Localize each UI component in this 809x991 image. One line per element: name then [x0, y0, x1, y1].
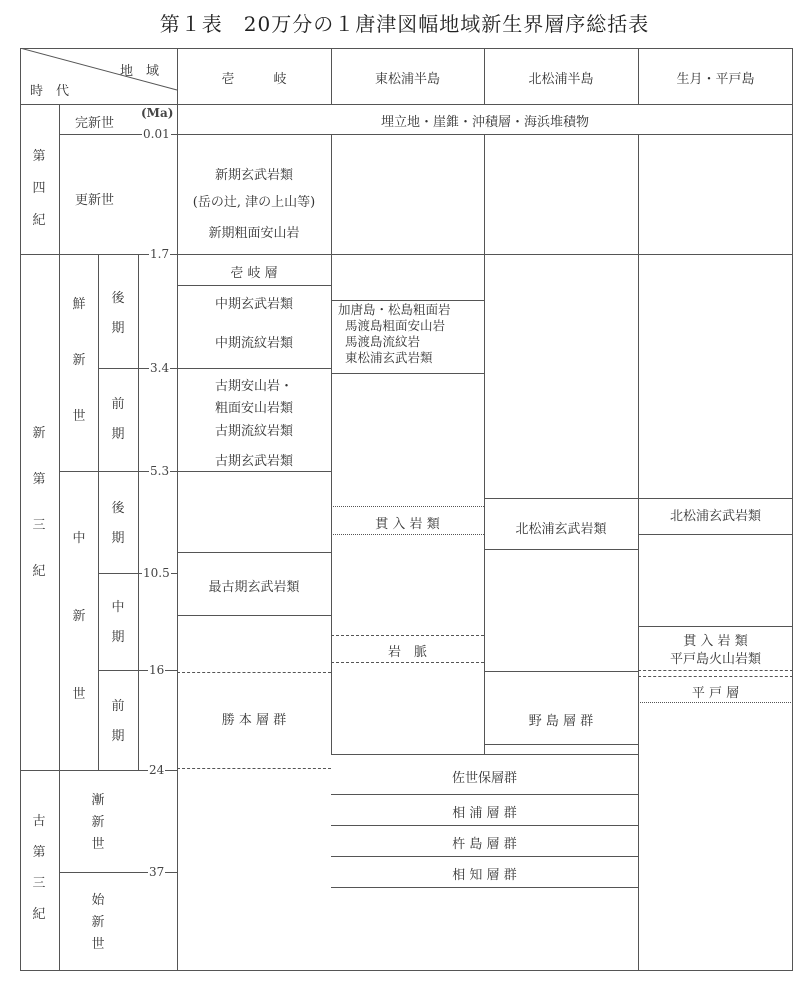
period-char: 三: [29, 519, 49, 565]
rule-ih-basalt-bottom: [638, 534, 793, 535]
period-neogene: 新 第 三 紀: [29, 427, 49, 611]
rule-ainoura-top: [331, 794, 638, 795]
rule-hm-volc-top: [331, 300, 484, 301]
age-16: 16: [148, 664, 165, 676]
period-char: 紀: [29, 214, 49, 246]
epoch-char: 世: [88, 838, 108, 860]
unit-iki-oldest-basalt: 最古期玄武岩類: [177, 576, 331, 595]
rule-5.3: [59, 471, 331, 472]
subepoch-miocene-middle: 中 期: [108, 601, 128, 661]
epoch-char: 鮮: [69, 298, 89, 354]
unit-hirado-volcanics: 平戸島火山岩類: [638, 648, 793, 667]
age-37: 37: [148, 866, 165, 878]
epoch-char: 新: [88, 916, 108, 938]
unit-iki-new-basalt: 新期玄武岩類: [177, 164, 331, 183]
rule-ih-hirado-bottom: [638, 702, 793, 703]
period-char: 第: [29, 473, 49, 519]
subepoch-char: 期: [108, 532, 128, 562]
header-rule: [20, 104, 793, 105]
epoch-char: 中: [69, 532, 89, 610]
epoch-char: 新: [88, 816, 108, 838]
epoch-eocene: 始 新 世: [88, 894, 108, 960]
unit-iki-mid-rhyolite: 中期流紋岩類: [177, 332, 331, 351]
divider-col-3: [638, 134, 639, 971]
unit-iki-new-basalt-localities: (岳の辻, 津の上山等): [177, 191, 331, 210]
rule-hm-dike-top: [331, 635, 484, 636]
rule-ih-intrusive-top: [638, 626, 793, 627]
rule-aichi-bottom: [331, 887, 638, 888]
column-header-kitamatsuura: 北松浦半島: [484, 68, 638, 87]
subepoch-char: 中: [108, 601, 128, 631]
subepoch-pliocene-late: 後 期: [108, 292, 128, 352]
period-paleogene: 古 第 三 紀: [29, 815, 49, 939]
rule-kinejima-top: [331, 825, 638, 826]
unit-holocene-deposits: 埋立地・崖錐・沖積層・海浜堆積物: [177, 111, 793, 130]
rule-ih-volc-bottom: [638, 670, 793, 671]
epoch-miocene: 中 新 世: [69, 532, 89, 766]
table-title: 第１表 20万分の１唐津図幅地域新生界層序総括表: [0, 8, 809, 37]
rule-km-nojima-bottom: [484, 744, 638, 745]
rule-3.4: [98, 368, 331, 369]
period-char: 第: [29, 846, 49, 877]
rule-iki-oldest-top: [177, 552, 331, 553]
unit-karatsu-matsushima-trachyte: 加唐島・松島粗面岩: [338, 302, 451, 318]
epoch-pliocene: 鮮 新 世: [69, 298, 89, 466]
divider-subepoch: [138, 254, 139, 770]
age-1.7: 1.7: [149, 248, 170, 260]
rule-iki-oldest-bottom: [177, 615, 331, 616]
rule-km-basalt-bottom: [484, 549, 638, 550]
unit-iki-mid-basalt: 中期玄武岩類: [177, 293, 331, 312]
unit-hm-dike: 岩 脈: [331, 641, 484, 660]
unit-ih-intrusive: 貫 入 岩 類: [638, 630, 793, 649]
divider-epoch: [98, 254, 99, 770]
rule-km-nojima-top: [484, 671, 638, 672]
unit-sasebo-group: 佐世保層群: [331, 767, 638, 786]
subepoch-char: 前: [108, 700, 128, 730]
rule-iki-formation: [177, 285, 331, 286]
rule-aichi-top: [331, 856, 638, 857]
epoch-pleistocene: 更新世: [75, 189, 114, 208]
unit-kinejima-group: 杵 島 層 群: [331, 833, 638, 852]
subepoch-char: 後: [108, 292, 128, 322]
age-5.3: 5.3: [149, 465, 170, 477]
epoch-char: 新: [69, 354, 89, 410]
unit-iki-formation: 壱 岐 層: [177, 262, 331, 281]
subepoch-char: 期: [108, 322, 128, 352]
rule-hm-intrusive-top: [331, 506, 484, 507]
column-header-higashimatsuura: 東松浦半島: [331, 68, 484, 87]
age-3.4: 3.4: [149, 362, 170, 374]
divider-col-1: [331, 134, 332, 754]
rule-ih-basalt-top: [638, 498, 793, 499]
rule-km-basalt-top: [484, 498, 638, 499]
unit-iki-new-trachyandesite: 新期粗面安山岩: [177, 222, 331, 241]
period-quaternary: 第 四 紀: [29, 150, 49, 246]
header-time-label: 時 代: [30, 80, 69, 99]
period-char: 紀: [29, 908, 49, 939]
unit-ainoura-group: 相 浦 層 群: [331, 802, 638, 821]
period-char: 新: [29, 427, 49, 473]
unit-iki-old-rhyolite: 古期流紋岩類: [177, 420, 331, 439]
period-char: 第: [29, 150, 49, 182]
subepoch-miocene-early: 前 期: [108, 700, 128, 760]
unit-higashimatsuura-basalt: 東松浦玄武岩類: [338, 350, 451, 366]
column-header-ikitsuki-hirado: 生月・平戸島: [638, 68, 793, 87]
epoch-char: 世: [69, 410, 89, 466]
subepoch-char: 前: [108, 398, 128, 428]
unit-iki-old-trachyandesite: 粗面安山岩類: [177, 397, 331, 416]
rule-ih-hirado-top: [638, 676, 793, 677]
rule-hm-intrusive-bottom: [331, 534, 484, 535]
age-24: 24: [148, 764, 165, 776]
subepoch-pliocene-early: 前 期: [108, 398, 128, 458]
rule-iki-katsumoto-top: [177, 672, 331, 673]
age-0.01: 0.01: [142, 128, 171, 140]
unit-katsumoto-group: 勝 本 層 群: [177, 709, 331, 728]
epoch-char: 始: [88, 894, 108, 916]
subepoch-miocene-late: 後 期: [108, 502, 128, 562]
epoch-char: 新: [69, 610, 89, 688]
header-region-label: 地 域: [120, 60, 159, 79]
unit-hm-intrusive: 貫 入 岩 類: [331, 513, 484, 532]
divider-time-column: [177, 48, 178, 971]
epoch-char: 世: [69, 688, 89, 766]
age-10.5: 10.5: [142, 567, 171, 579]
unit-hirado-formation: 平 戸 層: [638, 682, 793, 701]
subepoch-char: 期: [108, 428, 128, 458]
rule-iki-katsumoto-bottom: [177, 768, 331, 769]
rule-sasebo-top: [331, 754, 638, 755]
unit-ih-basalt: 北松浦玄武岩類: [638, 505, 793, 524]
period-char: 四: [29, 182, 49, 214]
unit-madara-trachyandesite: 馬渡島粗面安山岩: [338, 318, 451, 334]
rule-hm-volc-bottom: [331, 373, 484, 374]
column-header-iki: 壱 岐: [177, 68, 331, 87]
period-char: 古: [29, 815, 49, 846]
divider-period: [59, 104, 60, 971]
epoch-oligocene: 漸 新 世: [88, 794, 108, 860]
subepoch-char: 期: [108, 631, 128, 661]
subepoch-char: 後: [108, 502, 128, 532]
unit-madara-rhyolite: 馬渡島流紋岩: [338, 334, 451, 350]
period-char: 三: [29, 877, 49, 908]
epoch-holocene: 完新世: [75, 112, 114, 131]
period-char: 紀: [29, 565, 49, 611]
epoch-char: 漸: [88, 794, 108, 816]
unit-iki-old-basalt: 古期玄武岩類: [177, 450, 331, 469]
epoch-char: 世: [88, 938, 108, 960]
subepoch-char: 期: [108, 730, 128, 760]
unit-hm-volcanics: 加唐島・松島粗面岩 馬渡島粗面安山岩 馬渡島流紋岩 東松浦玄武岩類: [338, 302, 451, 366]
rule-hm-dike-bottom: [331, 662, 484, 663]
divider-col-2: [484, 134, 485, 754]
unit-iki-old-andesite: 古期安山岩・: [177, 375, 331, 394]
unit-nojima-group: 野 島 層 群: [484, 710, 638, 729]
age-unit: (Ma): [140, 107, 174, 119]
unit-km-basalt: 北松浦玄武岩類: [484, 518, 638, 537]
unit-aichi-group: 相 知 層 群: [331, 864, 638, 883]
rule-1.7: [20, 254, 793, 255]
